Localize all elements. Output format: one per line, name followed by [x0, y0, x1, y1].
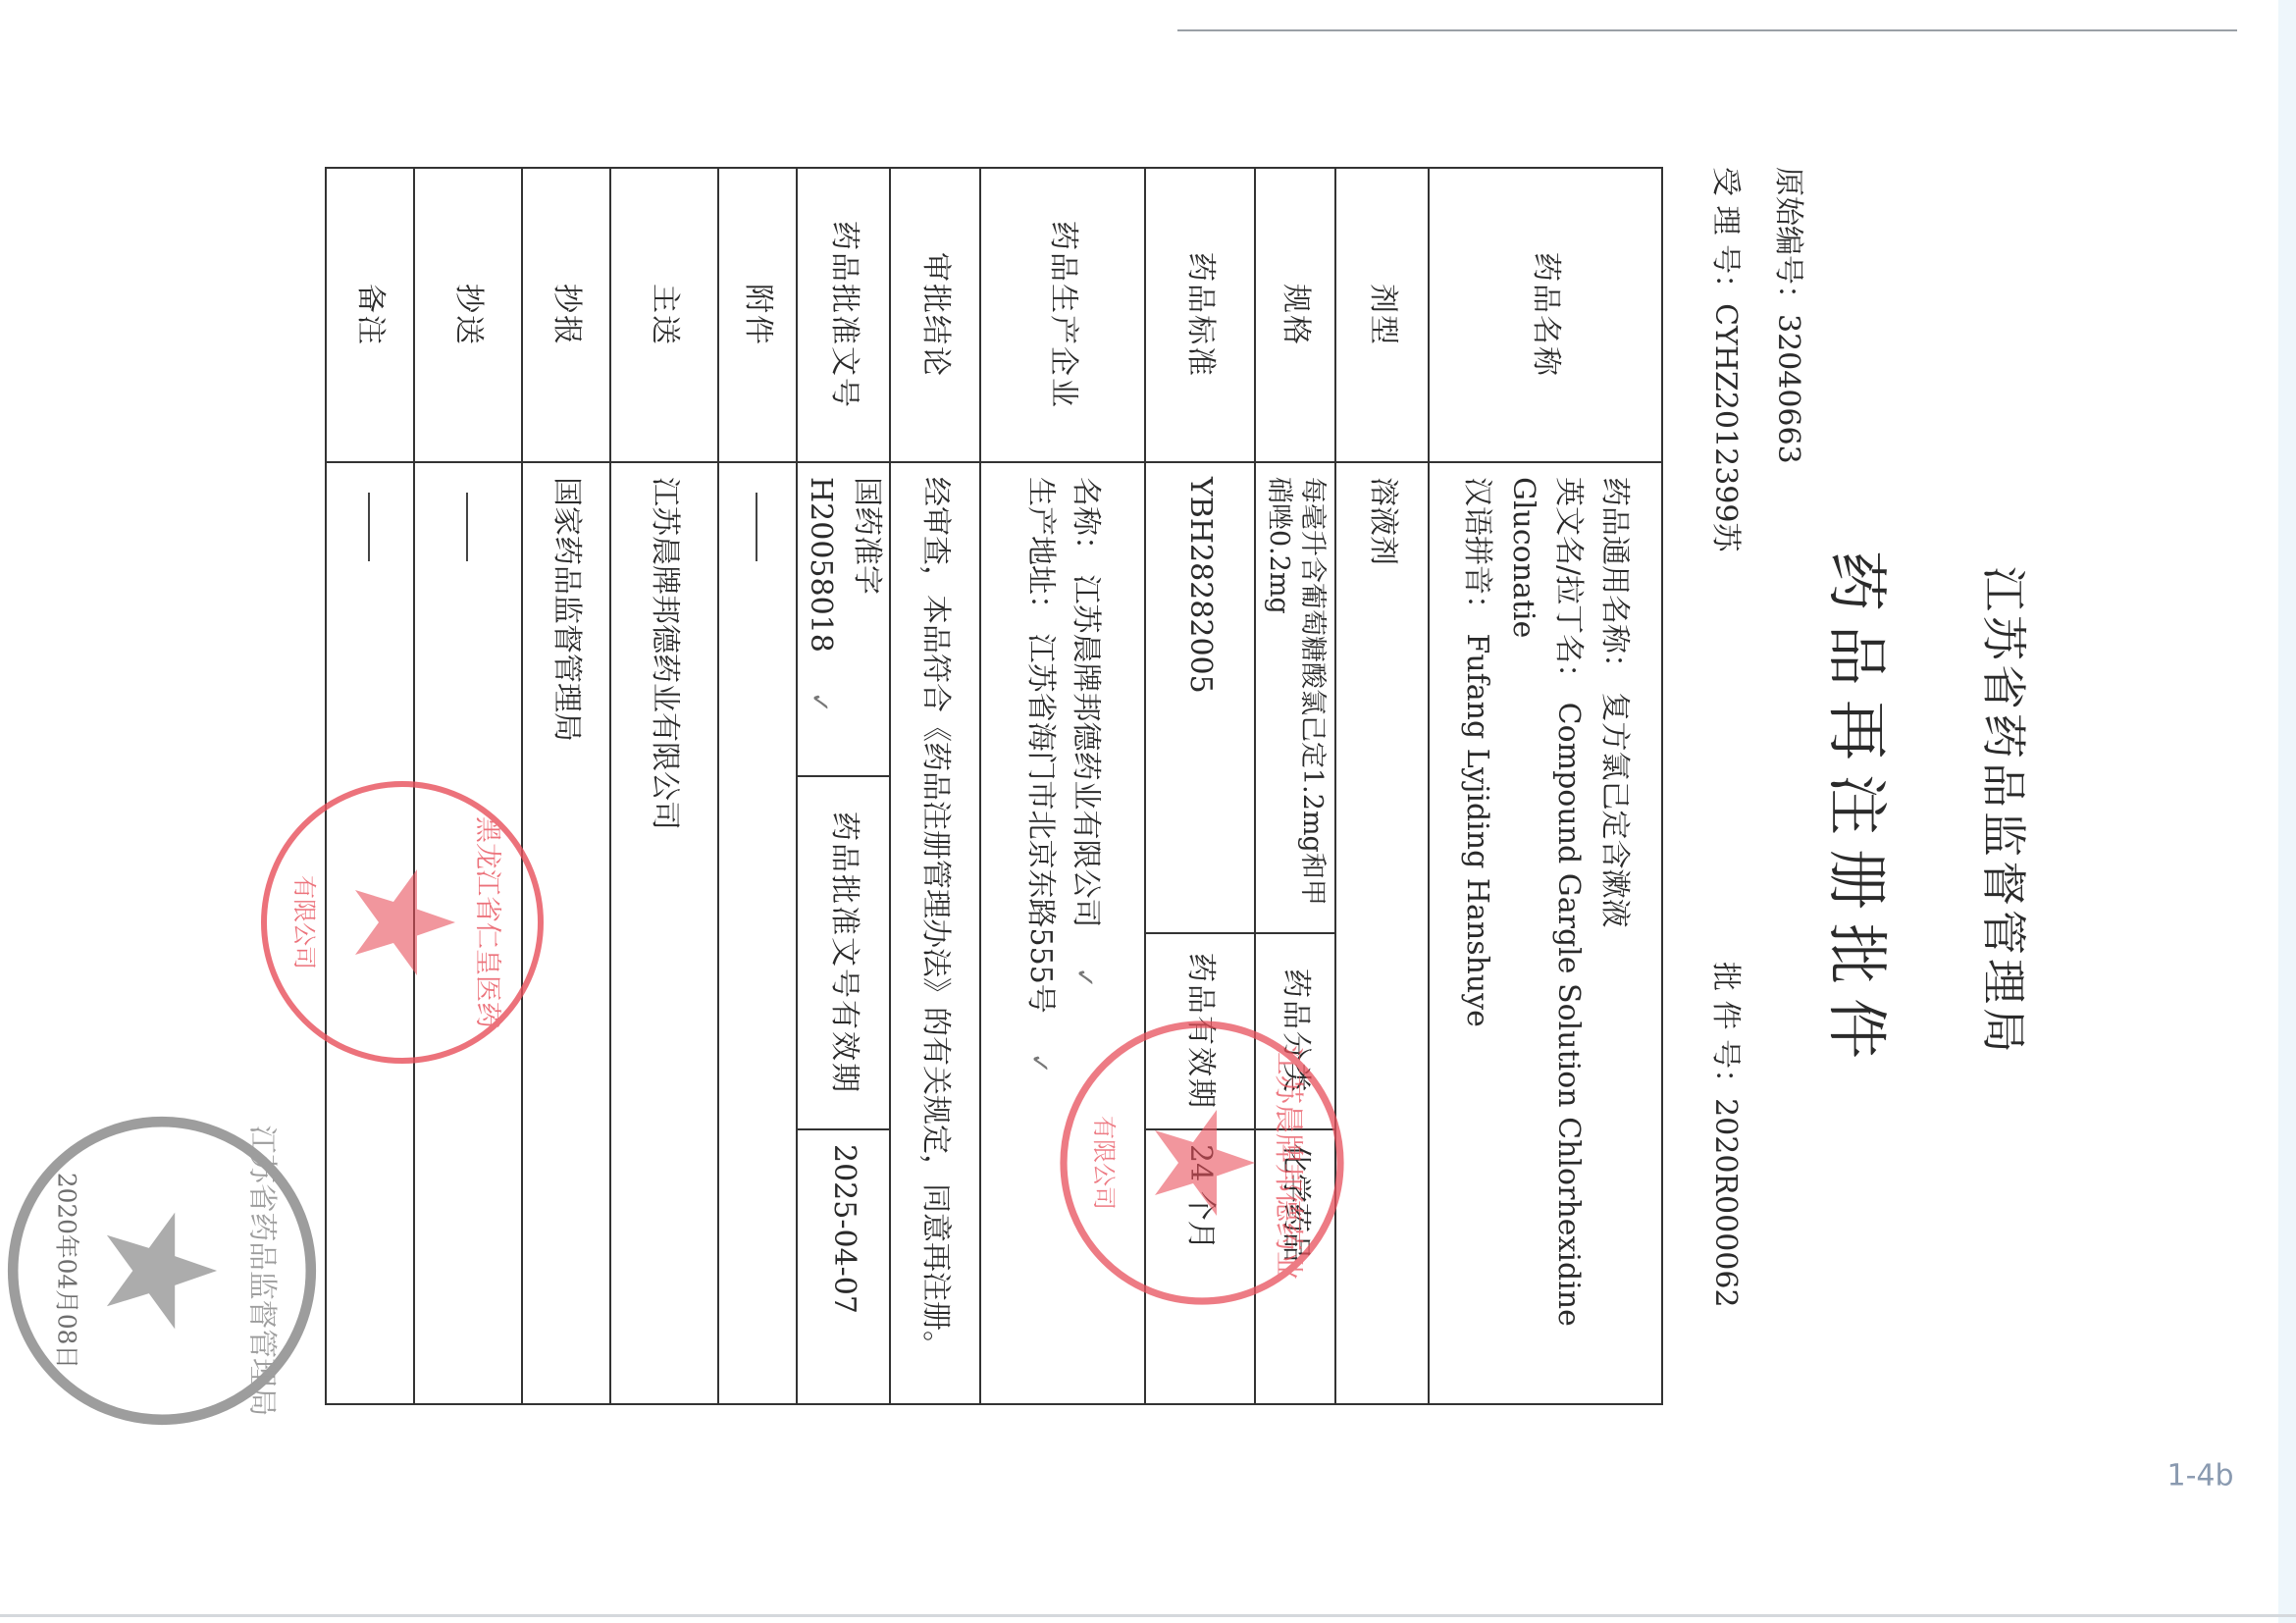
standard-value: YBH28282005 [1145, 462, 1255, 933]
svg-text:有限公司: 有限公司 [1090, 1116, 1118, 1210]
main-recipient-value: 江苏晨牌邦德药业有限公司 [610, 462, 718, 1404]
handwritten-page-note: 1-4b [2166, 1459, 2233, 1493]
svg-text:黑龙江省仁皇医药: 黑龙江省仁皇医药 [472, 816, 502, 1028]
svg-text:江苏省药品监督管理局: 江苏省药品监督管理局 [244, 1126, 279, 1417]
generic-name: 药品通用名称： 复方氯己定含漱液 [1592, 477, 1638, 1389]
drug-name-cell: 药品通用名称： 复方氯己定含漱液 英文名/拉丁名： Compound Gargl… [1429, 462, 1662, 1404]
cc-send-label: 抄送 [414, 168, 522, 462]
original-number-label: 原始编号： [1771, 167, 1805, 314]
dosage-form-label: 剂型 [1335, 168, 1429, 462]
document-title: 药品再注册批件 [1818, 0, 1905, 1623]
approval-doc-number-label: 批 件 号： [1708, 962, 1743, 1098]
remarks-label: 备注 [326, 168, 414, 462]
table-row: 附件 [718, 168, 797, 1404]
acceptance-number: 受 理 号：CYHZ2012399苏 [1707, 167, 1750, 551]
approval-doc-number: 批 件 号：2020R000062 [1707, 962, 1750, 1308]
authority-seal-stamp: 江苏省药品监督管理局 2020年04月08日 [0, 1109, 324, 1433]
attachment-value [718, 462, 797, 1404]
seal-text: 江苏晨牌邦德药业 [1271, 1045, 1305, 1281]
acceptance-number-value: CYHZ2012399苏 [1708, 303, 1743, 551]
manufacturer-label: 药品生产企业 [980, 168, 1145, 462]
standard-label: 药品标准 [1145, 168, 1255, 462]
dosage-form-value: 溶液剂 [1335, 462, 1429, 1404]
conclusion-value: 经审查，本品符合《药品注册管理办法》的有关规定，同意再注册。 [890, 462, 980, 1404]
acceptance-number-label: 受 理 号： [1708, 167, 1743, 303]
company-seal-stamp: 江苏晨牌邦德药业 有限公司 [1055, 1011, 1349, 1315]
drug-name-label: 药品名称 [1429, 168, 1662, 462]
approval-number-label: 药品批准文号 [797, 168, 890, 462]
svg-text:有限公司: 有限公司 [290, 875, 318, 969]
issuing-authority: 江苏省药品监督管理局 [1974, 0, 2039, 1623]
table-row: 审批结论 经审查，本品符合《药品注册管理办法》的有关规定，同意再注册。 [890, 168, 980, 1404]
approval-expiry-value: 2025-04-07 [797, 1129, 890, 1404]
approval-doc-number-value: 2020R000062 [1708, 1098, 1743, 1307]
table-row: 剂型 溶液剂 [1335, 168, 1429, 1404]
main-recipient-label: 主送 [610, 168, 718, 462]
distributor-seal-stamp: 黑龙江省仁皇医药 有限公司 [255, 775, 549, 1070]
pinyin-name: 汉语拼音： Fufang Lyjiding Hanshuye [1454, 477, 1500, 1389]
original-number-value: 32040663 [1771, 314, 1805, 464]
original-number: 原始编号：32040663 [1770, 167, 1813, 464]
english-name: 英文名/拉丁名： Compound Gargle Solution Chlorh… [1500, 477, 1592, 1389]
rotated-document-page: 江苏省药品监督管理局 药品再注册批件 原始编号：32040663 受 理 号：C… [0, 0, 2296, 1623]
table-row: 药品批准文号 国药准字H20058018✓ 药品批准文号有效期 2025-04-… [797, 168, 890, 1404]
table-row: 药品名称 药品通用名称： 复方氯己定含漱液 英文名/拉丁名： Compound … [1429, 168, 1662, 1404]
approval-number-value: 国药准字H20058018✓ [797, 462, 890, 776]
specification-label: 规格 [1255, 168, 1335, 462]
approval-expiry-label: 药品批准文号有效期 [797, 776, 890, 1129]
table-row: 主送 江苏晨牌邦德药业有限公司 [610, 168, 718, 1404]
specification-value: 每毫升含葡萄糖酸氯己定1.2mg和甲硝唑0.2mg [1255, 462, 1335, 933]
svg-text:2020年04月08日: 2020年04月08日 [52, 1173, 80, 1369]
cc-report-label: 抄报 [522, 168, 610, 462]
attachment-label: 附件 [718, 168, 797, 462]
conclusion-label: 审批结论 [890, 168, 980, 462]
